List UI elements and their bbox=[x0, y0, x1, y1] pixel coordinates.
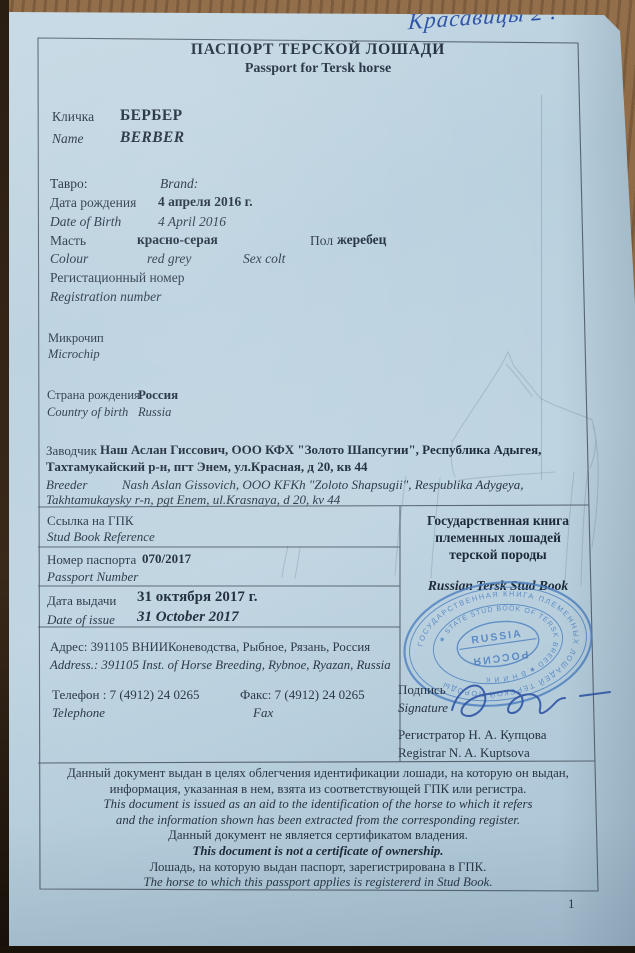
footer-statements: Данный документ выдан в целях облегчения… bbox=[38, 766, 598, 891]
studbook-ref-label-ru: Ссылка на ГПК bbox=[47, 513, 134, 529]
sex-label-ru: Пол bbox=[310, 233, 333, 249]
microchip-label-en: Microchip bbox=[48, 347, 100, 362]
colour-value-en: red grey bbox=[147, 251, 191, 267]
breeder-value-en-2: Takhtamukaysky r-n, pgt Enem, ul.Krasnay… bbox=[46, 492, 340, 508]
address-ru: Адрес: 391105 ВНИИКоневодства, Рыбное, Р… bbox=[50, 640, 370, 655]
signature-ink bbox=[444, 668, 635, 730]
registrar-ru: Регистратор Н. А. Купцова bbox=[398, 727, 547, 743]
name-label-en: Name bbox=[52, 131, 84, 147]
registration-label-ru: Регистационный номер bbox=[50, 270, 184, 286]
breeder-label-en: Breeder bbox=[46, 477, 87, 493]
name-value-en: BERBER bbox=[120, 129, 184, 147]
footer-line: Лошадь, на которую выдан паспорт, зареги… bbox=[38, 860, 598, 876]
country-value-ru: Россия bbox=[138, 387, 178, 403]
sex-value-ru: жеребец bbox=[337, 232, 386, 248]
studbook-ref-label-en: Stud Book Reference bbox=[47, 529, 155, 545]
page-title-ru: ПАСПОРТ ТЕРСКОЙ ЛОШАДИ bbox=[38, 41, 598, 59]
footer-line: and the information shown has been extra… bbox=[38, 813, 598, 829]
dob-value-ru: 4 апреля 2016 г. bbox=[158, 194, 253, 210]
signature-label-ru: Подпись bbox=[398, 682, 446, 698]
registration-label-en: Registration number bbox=[50, 289, 161, 305]
brand-label-ru: Тавро: bbox=[50, 176, 88, 192]
photo-bottom-edge bbox=[0, 946, 635, 953]
footer-line: Данный документ выдан в целях облегчения… bbox=[38, 766, 598, 782]
microchip-label-ru: Микрочип bbox=[48, 331, 104, 346]
country-label-en: Country of birth bbox=[47, 405, 128, 420]
address-en: Address.: 391105 Inst. of Horse Breeding… bbox=[50, 658, 391, 673]
studbook-title-ru-1: Государственная книга bbox=[402, 513, 594, 529]
paper-crease bbox=[541, 95, 542, 480]
passport-number-value: 070/2017 bbox=[142, 551, 191, 567]
table-divider bbox=[38, 761, 595, 763]
fax-en: Fax bbox=[253, 705, 273, 721]
issue-date-label-ru: Дата выдачи bbox=[47, 593, 116, 609]
photo-left-edge bbox=[0, 0, 9, 953]
dob-label-ru: Дата рождения bbox=[50, 195, 136, 211]
dob-value-en: 4 April 2016 bbox=[158, 214, 226, 230]
name-value-ru: БЕРБЕР bbox=[120, 107, 183, 125]
phone-ru: Телефон : 7 (4912) 24 0265 bbox=[52, 687, 200, 703]
page-number: 1 bbox=[568, 896, 575, 912]
colour-label-ru: Масть bbox=[50, 233, 86, 249]
issue-date-label-en: Date of issue bbox=[47, 612, 115, 628]
footer-line: информация, указанная в нем, взята из со… bbox=[38, 782, 598, 798]
colour-label-en: Colour bbox=[50, 251, 88, 267]
breeder-value-ru-2: Тахтамукайский р-н, пгт Энем, ул.Красная… bbox=[46, 459, 367, 475]
footer-line: Данный документ не является сертификатом… bbox=[38, 828, 598, 844]
dob-label-en: Date of Birth bbox=[50, 214, 121, 230]
country-value-en: Russia bbox=[138, 405, 171, 420]
sex-value-en: Sex colt bbox=[243, 251, 285, 267]
passport-number-label-en: Passport Number bbox=[47, 569, 138, 585]
issue-date-value-ru: 31 октября 2017 г. bbox=[137, 589, 258, 606]
studbook-title-ru-2: племенных лошадей bbox=[402, 530, 594, 546]
issue-date-value-en: 31 October 2017 bbox=[137, 609, 239, 626]
phone-en: Telephone bbox=[52, 705, 105, 721]
breeder-label-ru: Заводчик bbox=[46, 443, 97, 459]
brand-label-en: Brand: bbox=[160, 176, 198, 192]
name-label-ru: Кличка bbox=[52, 109, 94, 125]
footer-line: This document is issued as an aid to the… bbox=[38, 797, 598, 813]
passport-page: Красавицы 2 . ПАСПОРТ ТЕРСКОЙ ЛОШАДИ Pas… bbox=[0, 0, 635, 953]
breeder-value-en-1: Nash Aslan Gissovich, OOO KFKh "Zoloto S… bbox=[122, 477, 524, 493]
country-label-ru: Страна рождения bbox=[47, 388, 140, 403]
studbook-title-ru-3: терской породы bbox=[402, 547, 594, 563]
breeder-value-ru-1: Наш Аслан Гиссович, ООО КФХ "Золото Шапс… bbox=[100, 442, 541, 458]
signature-label-en: Signature bbox=[398, 700, 448, 716]
colour-value-ru: красно-серая bbox=[137, 232, 218, 248]
photo-of-document: Красавицы 2 . ПАСПОРТ ТЕРСКОЙ ЛОШАДИ Pas… bbox=[0, 0, 635, 953]
registrar-en: Registrar N. A. Kuptsova bbox=[398, 745, 530, 761]
footer-line: The horse to which this passport applies… bbox=[38, 875, 598, 891]
footer-line: This document is not a certificate of ow… bbox=[38, 844, 598, 860]
fax-ru: Факс: 7 (4912) 24 0265 bbox=[240, 687, 365, 703]
page-title-en: Passport for Tersk horse bbox=[38, 61, 598, 77]
stamp-center-rossiya: РОССИЯ bbox=[471, 648, 529, 668]
passport-number-label-ru: Номер паспорта bbox=[47, 552, 136, 568]
